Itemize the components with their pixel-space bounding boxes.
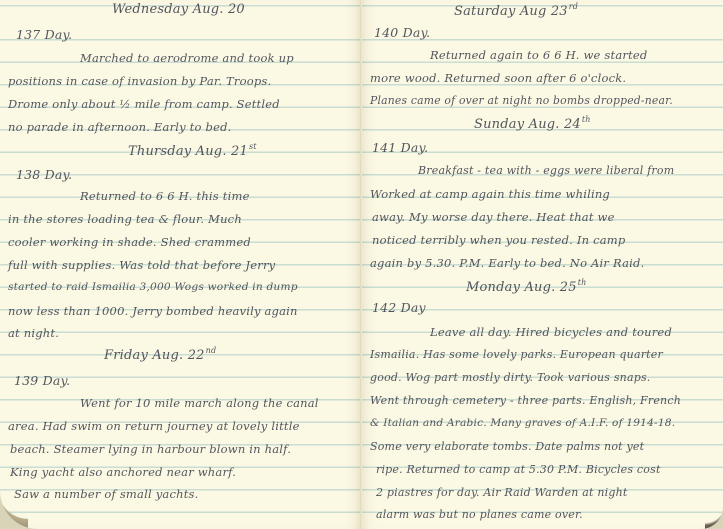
- right-page: Saturday Aug 23rd 140 Day. Returned agai…: [361, 0, 723, 529]
- entry-line: Ismailia. Has some lovely parks. Europea…: [370, 348, 663, 361]
- entry-line: Leave all day. Hired bicycles and toured: [430, 325, 672, 339]
- entry-line: in the stores loading tea & flour. Much: [8, 212, 242, 226]
- entry-line: Saw a number of small yachts.: [14, 487, 198, 501]
- date-suffix: st: [249, 142, 257, 151]
- day-label: 141 Day.: [372, 140, 428, 155]
- entry-line: Returned again to 6 6 H. we started: [430, 48, 648, 62]
- entry-line: noticed terribly when you rested. In cam…: [372, 233, 625, 247]
- entry-line: Marched to aerodrome and took up: [80, 51, 294, 65]
- day-label: 137 Day.: [16, 27, 72, 42]
- entry-line: started to raid Ismailia 3,000 Wogs work…: [8, 281, 298, 293]
- entry-line: Went through cemetery - three parts. Eng…: [370, 394, 681, 407]
- day-label: 140 Day.: [374, 25, 430, 40]
- entry-line: positions in case of invasion by Par. Tr…: [8, 74, 271, 88]
- date-heading-text: Thursday Aug. 21: [128, 144, 248, 159]
- date-heading-text: Saturday Aug 23: [454, 4, 568, 19]
- entry-line: alarm was but no planes came over.: [376, 508, 583, 521]
- entry-line: ripe. Returned to camp at 5.30 P.M. Bicy…: [376, 463, 661, 476]
- entry-line: Returned to 6 6 H. this time: [80, 189, 250, 203]
- date-suffix: rd: [569, 2, 578, 11]
- entry-line: Some very elaborate tombs. Date palms no…: [370, 440, 644, 453]
- date-heading-text: Sunday Aug. 24: [474, 117, 581, 132]
- entry-line: at night.: [8, 326, 59, 340]
- diary-spread: Wednesday Aug. 20 137 Day. Marched to ae…: [0, 0, 723, 529]
- entry-line: away. My worse day there. Heat that we: [372, 210, 615, 224]
- entry-line: good. Wog part mostly dirty. Took variou…: [370, 371, 651, 384]
- entry-line: beach. Steamer lying in harbour blown in…: [10, 442, 291, 456]
- entry-line: now less than 1000. Jerry bombed heavily…: [8, 304, 298, 318]
- date-heading: Wednesday Aug. 20: [112, 2, 245, 17]
- entry-line: Planes came of over at night no bombs dr…: [370, 94, 673, 107]
- date-suffix: nd: [206, 346, 217, 355]
- entry-line: no parade in afternoon. Early to bed.: [8, 120, 232, 134]
- entry-line: 2 piastres for day. Air Raid Warden at n…: [376, 486, 627, 499]
- date-heading-text: Wednesday Aug. 20: [112, 2, 245, 17]
- page-corner-shadow: [705, 503, 723, 529]
- day-label: 142 Day: [372, 300, 426, 315]
- left-page: Wednesday Aug. 20 137 Day. Marched to ae…: [0, 0, 361, 529]
- date-suffix: th: [578, 278, 587, 287]
- date-heading: Friday Aug. 22nd: [104, 346, 216, 363]
- entry-line: more wood. Returned soon after 6 o'clock…: [370, 71, 626, 85]
- entry-line: full with supplies. Was told that before…: [8, 258, 275, 272]
- entry-line: & Italian and Arabic. Many graves of A.I…: [370, 417, 675, 429]
- entry-line: again by 5.30. P.M. Early to bed. No Air…: [370, 256, 644, 270]
- entry-line: Drome only about ½ mile from camp. Settl…: [8, 97, 280, 111]
- entry-line: Breakfast - tea with - eggs were liberal…: [418, 164, 674, 177]
- entry-line: cooler working in shade. Shed crammed: [8, 235, 251, 249]
- entry-line: King yacht also anchored near wharf.: [10, 465, 236, 479]
- date-heading-text: Friday Aug. 22: [104, 348, 205, 363]
- entry-line: Went for 10 mile march along the canal: [80, 396, 319, 410]
- date-heading: Monday Aug. 25th: [466, 278, 587, 295]
- date-heading-text: Monday Aug. 25: [466, 280, 577, 295]
- date-heading: Sunday Aug. 24th: [474, 115, 591, 132]
- date-heading: Saturday Aug 23rd: [454, 2, 578, 19]
- entry-line: Worked at camp again this time whiling: [370, 187, 610, 201]
- date-suffix: th: [582, 115, 591, 124]
- entry-line: area. Had swim on return journey at love…: [8, 419, 300, 433]
- date-heading: Thursday Aug. 21st: [128, 142, 257, 159]
- day-label: 139 Day.: [14, 373, 70, 388]
- day-label: 138 Day.: [16, 167, 72, 182]
